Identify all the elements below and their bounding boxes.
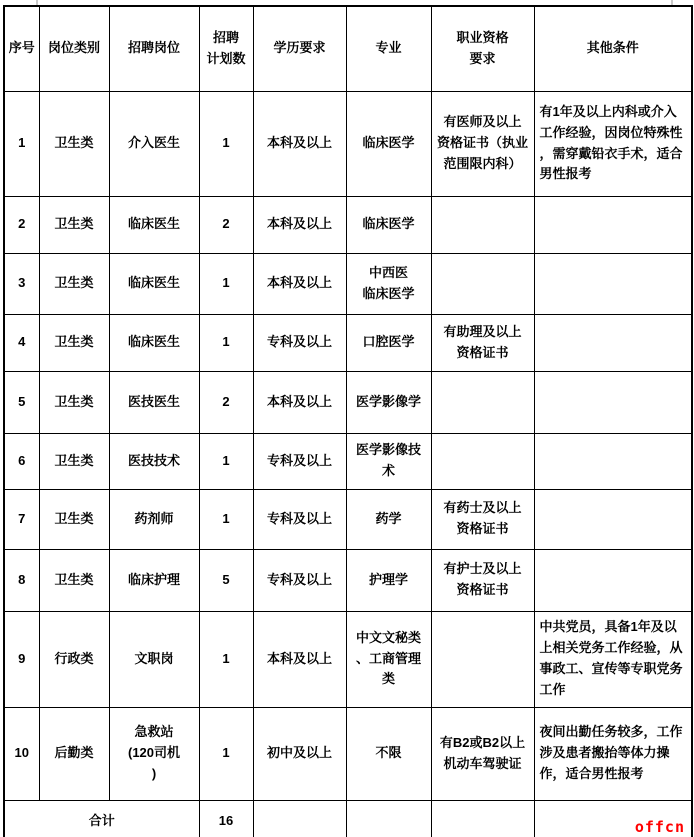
cell: 卫生类 <box>39 196 109 253</box>
recruitment-positions-table: 序号 岗位类别 招聘岗位 招聘 计划数 学历要求 专业 职业资格 要求 其他条件… <box>3 5 693 837</box>
offcn-watermark: offcn <box>635 815 685 837</box>
cell: 2 <box>4 196 39 253</box>
cell: 介入医生 <box>109 91 199 196</box>
cell <box>431 371 534 433</box>
total-label: 合计 <box>4 800 199 837</box>
column-header-major: 专业 <box>346 6 431 91</box>
cell: 药剂师 <box>109 489 199 549</box>
cell: 本科及以上 <box>253 196 346 253</box>
column-header-education: 学历要求 <box>253 6 346 91</box>
cell: 专科及以上 <box>253 489 346 549</box>
cell: 专科及以上 <box>253 314 346 371</box>
cell-empty: offcn <box>534 800 692 837</box>
column-header-number: 序号 <box>4 6 39 91</box>
table-row: 9行政类文职岗1本科及以上中文文秘类 、工商管理 类中共党员，具备1年及以 上相… <box>4 611 692 707</box>
table-row: 8卫生类临床护理5专科及以上护理学有护士及以上 资格证书 <box>4 549 692 611</box>
cell: 医学影像学 <box>346 371 431 433</box>
cell: 有药士及以上 资格证书 <box>431 489 534 549</box>
cell: 3 <box>4 253 39 314</box>
cell: 2 <box>199 196 253 253</box>
cell: 临床医学 <box>346 91 431 196</box>
cell: 卫生类 <box>39 433 109 489</box>
cell: 1 <box>199 253 253 314</box>
cell <box>431 433 534 489</box>
cell: 2 <box>199 371 253 433</box>
cell <box>534 253 692 314</box>
cell: 医技技术 <box>109 433 199 489</box>
cell: 1 <box>199 611 253 707</box>
cell: 专科及以上 <box>253 433 346 489</box>
cell <box>431 196 534 253</box>
column-header-qualification: 职业资格 要求 <box>431 6 534 91</box>
cell: 卫生类 <box>39 371 109 433</box>
cell: 1 <box>199 489 253 549</box>
total-row: 合计 16 offcn <box>4 800 692 837</box>
cell: 专科及以上 <box>253 549 346 611</box>
cell: 卫生类 <box>39 314 109 371</box>
cell <box>534 196 692 253</box>
cell: 初中及以上 <box>253 707 346 800</box>
cell <box>534 549 692 611</box>
table-row: 1卫生类介入医生1本科及以上临床医学有医师及以上 资格证书（执业 范围限内科）有… <box>4 91 692 196</box>
cell: 不限 <box>346 707 431 800</box>
cell: 7 <box>4 489 39 549</box>
cell: 有助理及以上 资格证书 <box>431 314 534 371</box>
cell: 中文文秘类 、工商管理 类 <box>346 611 431 707</box>
cell: 急救站 (120司机 ) <box>109 707 199 800</box>
column-header-plan-count: 招聘 计划数 <box>199 6 253 91</box>
column-header-other: 其他条件 <box>534 6 692 91</box>
column-header-position: 招聘岗位 <box>109 6 199 91</box>
cell: 文职岗 <box>109 611 199 707</box>
cell: 中西医 临床医学 <box>346 253 431 314</box>
cell: 卫生类 <box>39 91 109 196</box>
cell: 卫生类 <box>39 489 109 549</box>
cell: 有护士及以上 资格证书 <box>431 549 534 611</box>
cell: 卫生类 <box>39 549 109 611</box>
table-row: 2卫生类临床医生2本科及以上临床医学 <box>4 196 692 253</box>
table-row: 10后勤类急救站 (120司机 )1初中及以上不限有B2或B2以上 机动车驾驶证… <box>4 707 692 800</box>
total-count: 16 <box>199 800 253 837</box>
cell <box>534 371 692 433</box>
cell: 8 <box>4 549 39 611</box>
table-row: 6卫生类医技技术1专科及以上医学影像技 术 <box>4 433 692 489</box>
cell: 1 <box>4 91 39 196</box>
cell <box>431 253 534 314</box>
cell: 临床医生 <box>109 314 199 371</box>
header-row: 序号 岗位类别 招聘岗位 招聘 计划数 学历要求 专业 职业资格 要求 其他条件 <box>4 6 692 91</box>
cell: 1 <box>199 707 253 800</box>
cell: 临床医学 <box>346 196 431 253</box>
table-row: 3卫生类临床医生1本科及以上中西医 临床医学 <box>4 253 692 314</box>
cell: 药学 <box>346 489 431 549</box>
cell: 夜间出勤任务较多，工作 涉及患者搬抬等体力操 作，适合男性报考 <box>534 707 692 800</box>
cell: 本科及以上 <box>253 371 346 433</box>
cell <box>534 489 692 549</box>
cell: 有1年及以上内科或介入 工作经验，因岗位特殊性 ，需穿戴铅衣手术，适合 男性报考 <box>534 91 692 196</box>
cell: 卫生类 <box>39 253 109 314</box>
cell: 医技医生 <box>109 371 199 433</box>
cell: 1 <box>199 433 253 489</box>
cell: 6 <box>4 433 39 489</box>
cell: 本科及以上 <box>253 91 346 196</box>
cell: 本科及以上 <box>253 253 346 314</box>
table-row: 5卫生类医技医生2本科及以上医学影像学 <box>4 371 692 433</box>
cell-empty <box>346 800 431 837</box>
cell-empty <box>253 800 346 837</box>
cell: 有医师及以上 资格证书（执业 范围限内科） <box>431 91 534 196</box>
cell: 护理学 <box>346 549 431 611</box>
cell: 4 <box>4 314 39 371</box>
cell: 9 <box>4 611 39 707</box>
cell: 本科及以上 <box>253 611 346 707</box>
table-body: 1卫生类介入医生1本科及以上临床医学有医师及以上 资格证书（执业 范围限内科）有… <box>4 91 692 800</box>
cell: 临床医生 <box>109 253 199 314</box>
cell: 行政类 <box>39 611 109 707</box>
cell: 10 <box>4 707 39 800</box>
column-header-category: 岗位类别 <box>39 6 109 91</box>
cell: 临床护理 <box>109 549 199 611</box>
cell: 1 <box>199 314 253 371</box>
cell: 临床医生 <box>109 196 199 253</box>
cell-empty <box>431 800 534 837</box>
table-row: 7卫生类药剂师1专科及以上药学有药士及以上 资格证书 <box>4 489 692 549</box>
recruitment-table-screenshot: 序号 岗位类别 招聘岗位 招聘 计划数 学历要求 专业 职业资格 要求 其他条件… <box>0 0 694 837</box>
cell: 后勤类 <box>39 707 109 800</box>
cell: 5 <box>4 371 39 433</box>
cell: 1 <box>199 91 253 196</box>
cell: 口腔医学 <box>346 314 431 371</box>
cell <box>534 314 692 371</box>
table-row: 4卫生类临床医生1专科及以上口腔医学有助理及以上 资格证书 <box>4 314 692 371</box>
cell: 5 <box>199 549 253 611</box>
cell: 中共党员，具备1年及以 上相关党务工作经验，从 事政工、宣传等专职党务 工作 <box>534 611 692 707</box>
cell: 有B2或B2以上 机动车驾驶证 <box>431 707 534 800</box>
cell <box>534 433 692 489</box>
cell: 医学影像技 术 <box>346 433 431 489</box>
cell <box>431 611 534 707</box>
